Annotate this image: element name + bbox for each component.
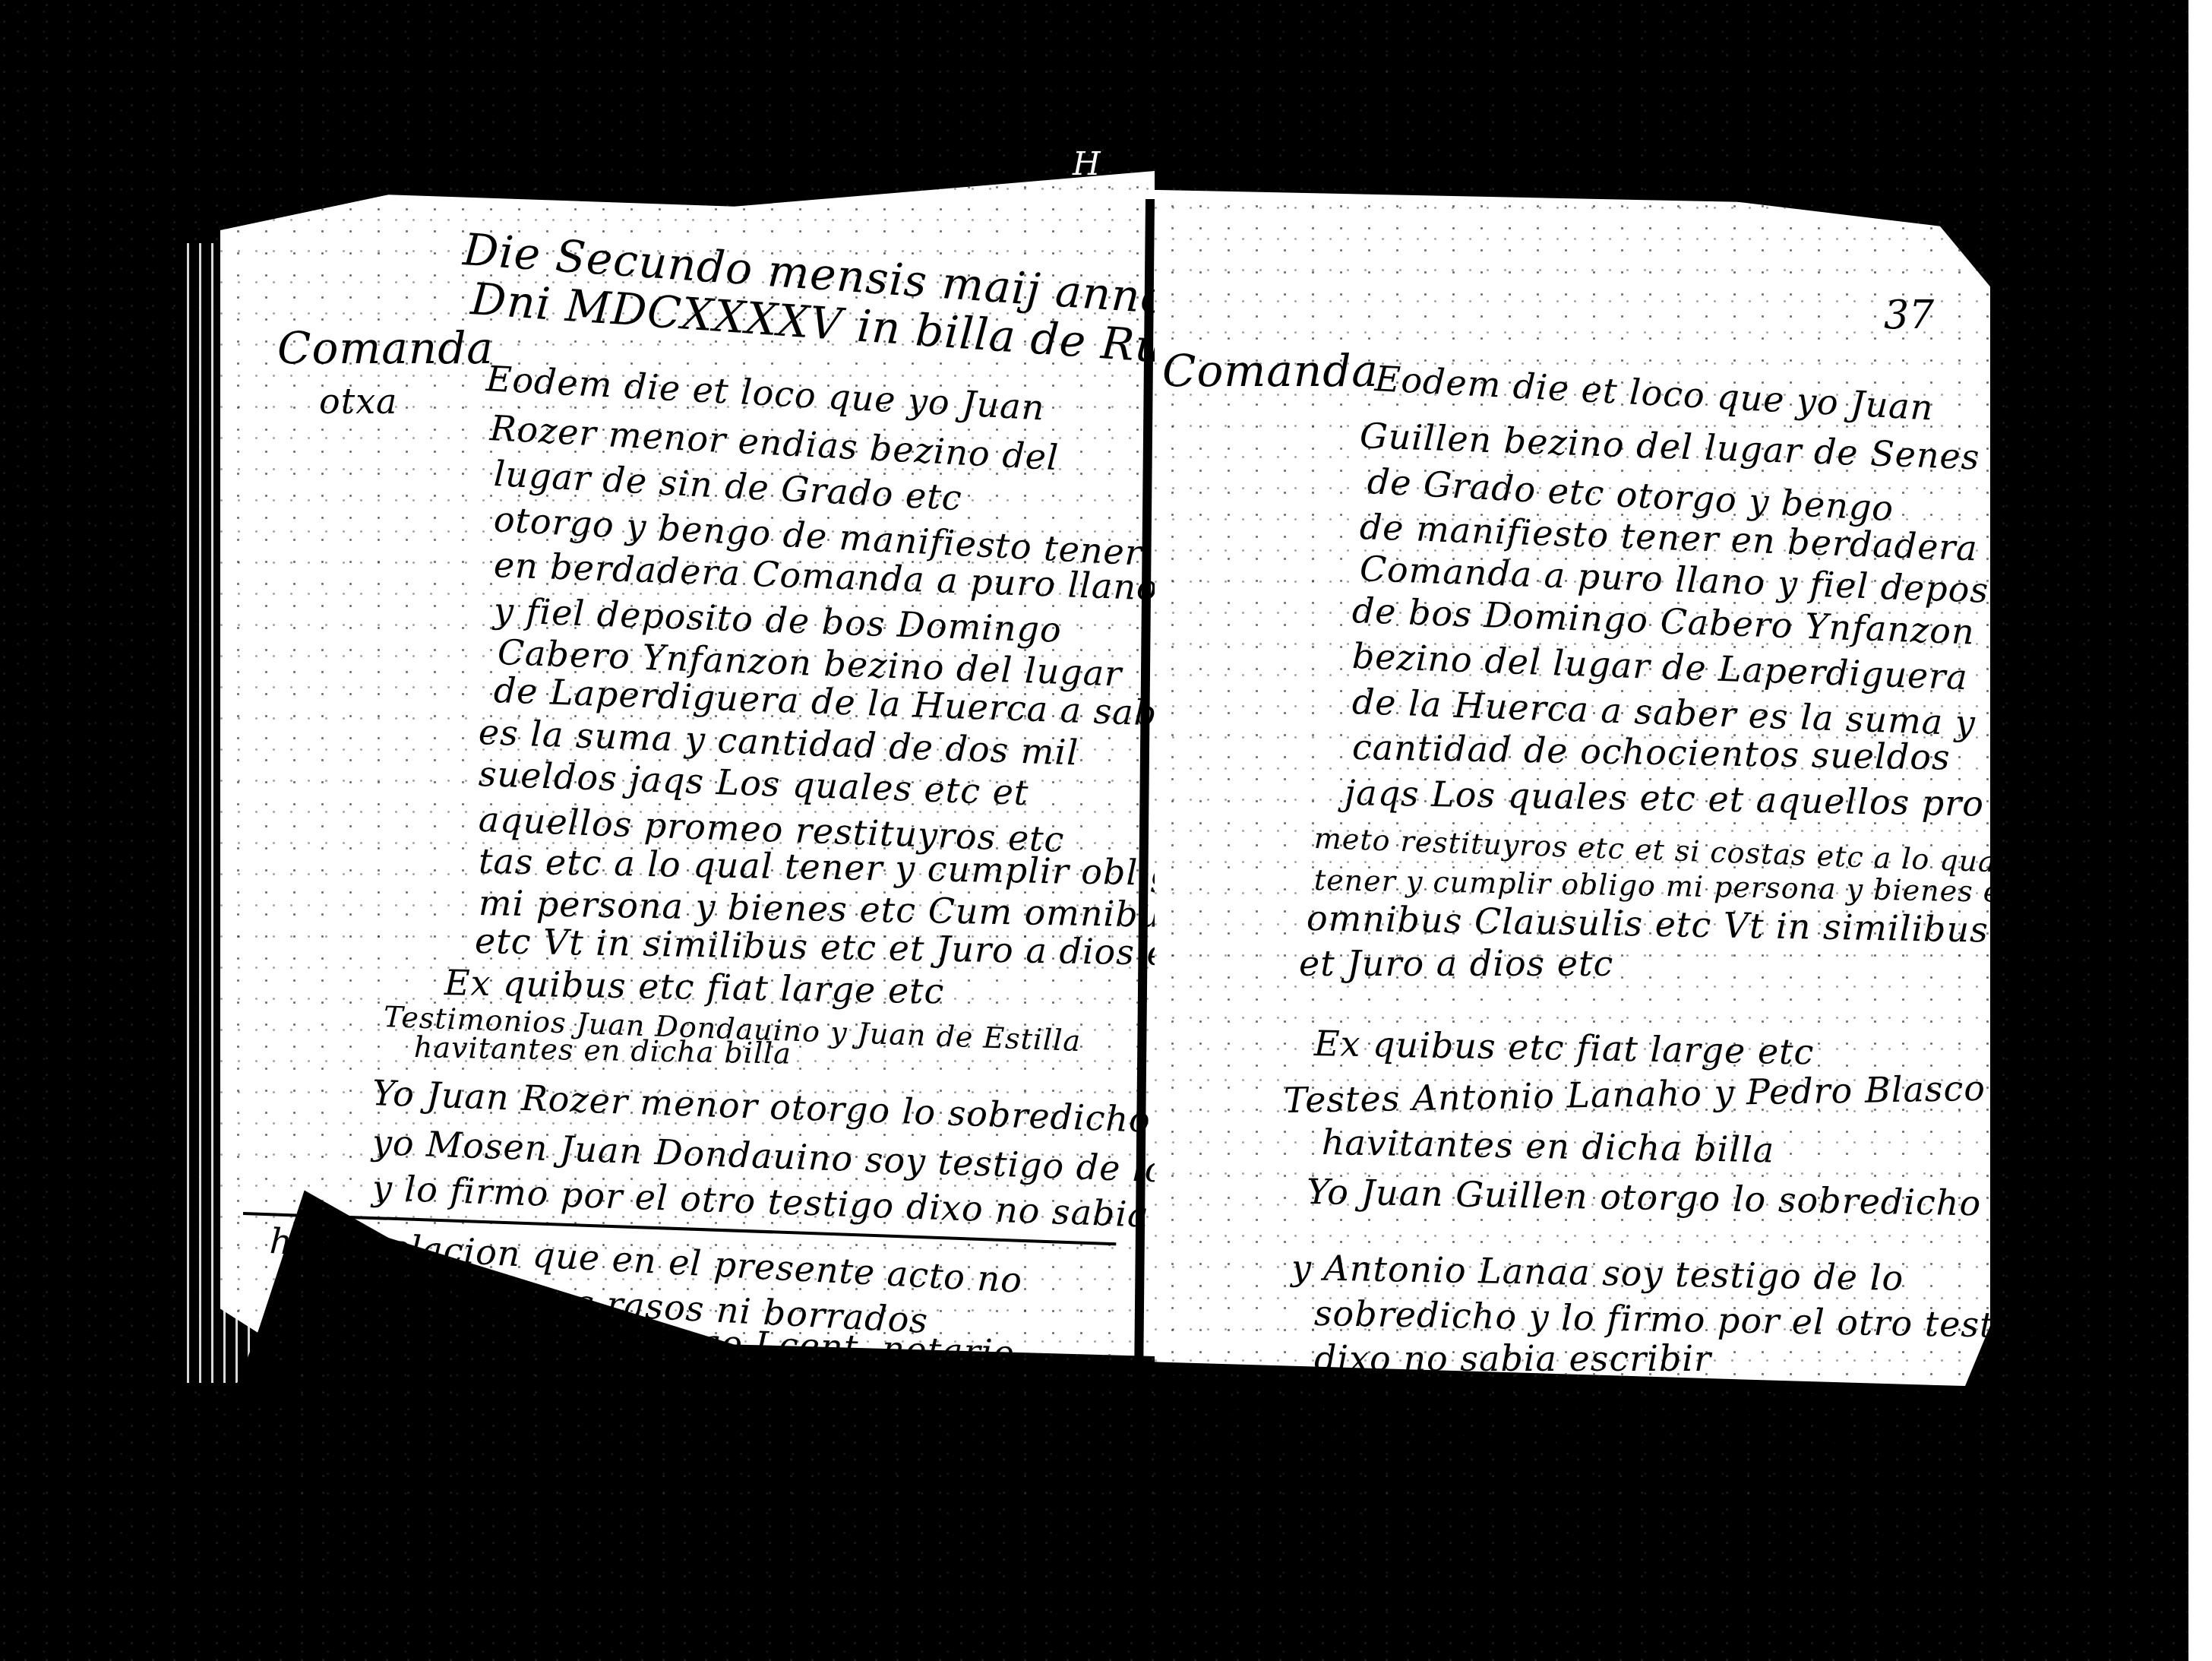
- left-margin-note-otxa: otxa: [319, 380, 398, 422]
- right-body-line: et Juro a dios etc: [1299, 942, 1613, 985]
- folio-number: 37: [1884, 293, 1934, 338]
- image-border-strip: [2188, 0, 2212, 1661]
- right-body-line: havitantes en dicha billa: [1322, 1121, 1775, 1171]
- right-body-line: Ex quibus etc fiat large etc: [1314, 1022, 1815, 1073]
- left-body-line: havitantes en dicha billa: [414, 1026, 792, 1075]
- left-margin-note-comanda: Comanda: [277, 327, 494, 369]
- right-body-line: dixo no sabia escribir: [1314, 1337, 1711, 1380]
- right-margin-note-comanda: Comanda: [1162, 350, 1379, 392]
